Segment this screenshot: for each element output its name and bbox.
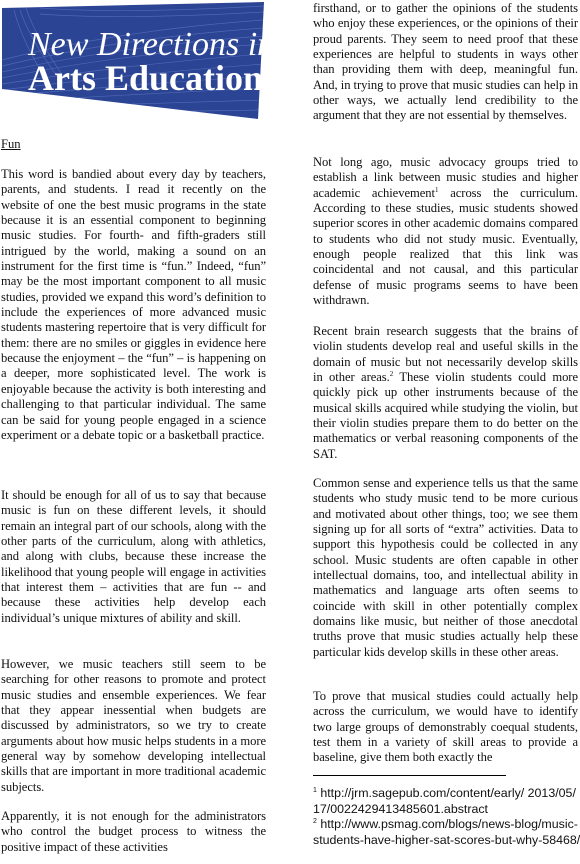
paragraph-left-1: This word is bandied about every day by … xyxy=(1,167,266,443)
paragraph-left-3: However, we music teachers still seem to… xyxy=(1,657,266,795)
section-title-fun: Fun xyxy=(1,137,21,152)
paragraph-right-2-after: across the curriculum. According to thes… xyxy=(313,186,578,307)
paragraph-right-4: Common sense and experience tells us tha… xyxy=(313,476,578,660)
logo-banner-graphic: New Directions in Arts Education xyxy=(0,0,268,122)
logo-line-2: Arts Education xyxy=(28,58,263,98)
footnote-1[interactable]: 1 http://jrm.sagepub.com/content/early/ … xyxy=(313,786,580,817)
paragraph-right-2: Not long ago, music advocacy groups trie… xyxy=(313,155,578,308)
footnote-2[interactable]: 2 http://www.psmag.com/blogs/news-blog/m… xyxy=(313,817,580,848)
paragraph-left-2: It should be enough for all of us to say… xyxy=(1,488,266,626)
paragraph-left-4: Apparently, it is not enough for the adm… xyxy=(1,809,266,855)
footnote-divider xyxy=(313,775,506,776)
paragraph-right-5: To prove that musical studies could actu… xyxy=(313,689,578,766)
paragraph-right-3: Recent brain research suggests that the … xyxy=(313,324,578,462)
footnote-1-link[interactable]: http://jrm.sagepub.com/content/early/ 20… xyxy=(313,786,576,816)
footnote-2-link[interactable]: http://www.psmag.com/blogs/news-blog/mus… xyxy=(313,817,580,847)
logo-new-directions-in-arts-education: New Directions in Arts Education xyxy=(0,0,268,122)
paragraph-right-1: firsthand, or to gather the opinions of … xyxy=(313,1,578,124)
footnotes: 1 http://jrm.sagepub.com/content/early/ … xyxy=(313,786,580,848)
